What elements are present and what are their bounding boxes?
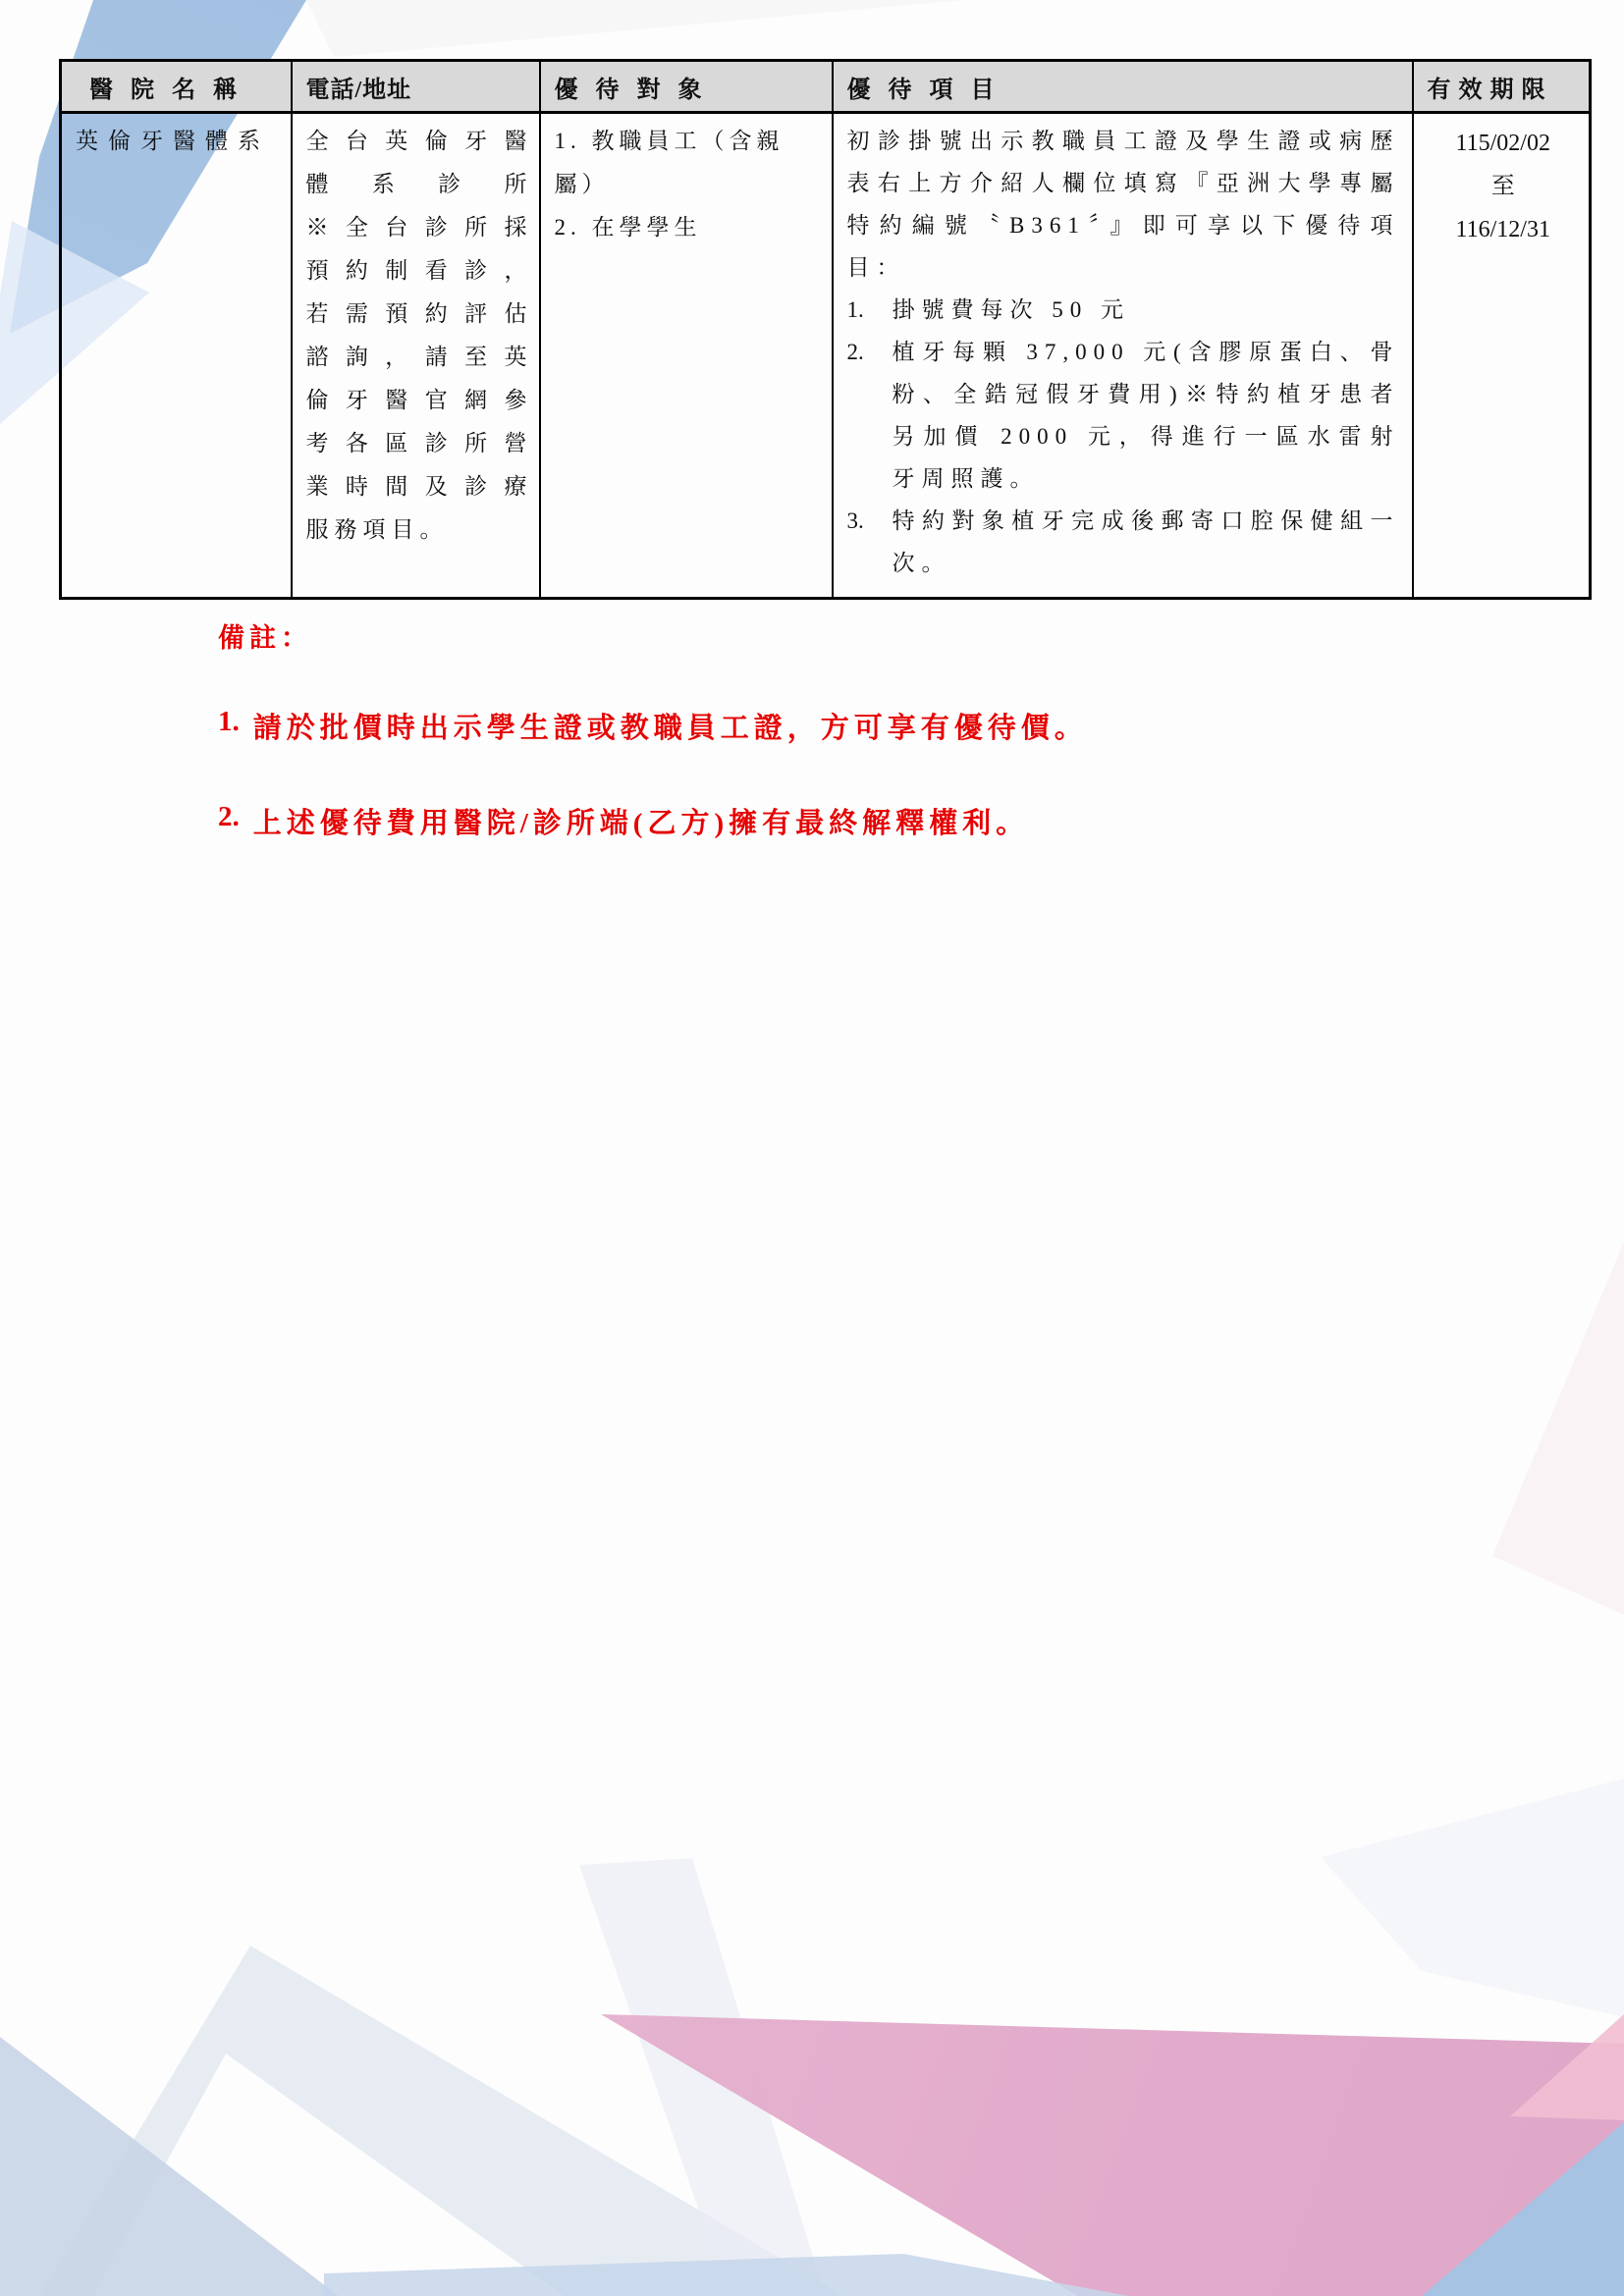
validity-line: 至	[1428, 165, 1580, 208]
cell-valid-period: 115/02/02至116/12/31	[1413, 113, 1591, 599]
remarks-list: 1. 請於批價時出示學生證或教職員工證，方可享有優待價。 2. 上述優待費用醫院…	[218, 706, 1396, 841]
target-line: 2. 在學學生	[555, 206, 822, 249]
address-line: ※全台診所採	[306, 206, 527, 249]
remarks-title: 備註：	[218, 616, 1396, 655]
remark-item: 2. 上述優待費用醫院/診所端(乙方)擁有最終解釋權利。	[218, 801, 1396, 841]
cell-eligible-targets: 1. 教職員工（含親屬）2. 在學學生	[540, 113, 833, 599]
benefit-item-text: 植牙每顆 37,000 元(含膠原蛋白、骨粉、全鋯冠假牙費用)※特約植牙患者另加…	[893, 331, 1400, 500]
address-line: 預約制看診，	[306, 249, 527, 293]
address-line: 倫牙醫官網參	[306, 379, 527, 422]
remarks-section: 備註： 1. 請於批價時出示學生證或教職員工證，方可享有優待價。 2. 上述優待…	[218, 616, 1396, 896]
address-line: 諮詢，請至英	[306, 336, 527, 379]
benefit-item-text: 特約對象植牙完成後郵寄口腔保健組一次。	[893, 500, 1400, 584]
benefit-item-text: 掛號費每次 50 元	[893, 289, 1400, 331]
validity-line: 115/02/02	[1428, 122, 1580, 165]
benefit-item: 2. 植牙每顆 37,000 元(含膠原蛋白、骨粉、全鋯冠假牙費用)※特約植牙患…	[847, 331, 1400, 500]
col-header-eligible-targets: 優待對象	[540, 61, 833, 113]
remark-item-text: 上述優待費用醫院/診所端(乙方)擁有最終解釋權利。	[253, 801, 1029, 841]
benefit-item: 3. 特約對象植牙完成後郵寄口腔保健組一次。	[847, 500, 1400, 584]
table-header-row: 醫院名稱 電話/地址 優待對象 優待項目 有效期限	[61, 61, 1591, 113]
benefits-table: 醫院名稱 電話/地址 優待對象 優待項目 有效期限 英倫牙醫體系 全台英倫牙醫體…	[59, 59, 1592, 600]
target-line: 1. 教職員工（含親屬）	[555, 120, 822, 206]
remark-item-text: 請於批價時出示學生證或教職員工證，方可享有優待價。	[253, 706, 1088, 746]
remark-item-number: 2.	[218, 801, 240, 841]
remark-item: 1. 請於批價時出示學生證或教職員工證，方可享有優待價。	[218, 706, 1396, 746]
col-header-valid-period: 有效期限	[1413, 61, 1591, 113]
benefit-item-number: 1.	[847, 289, 893, 331]
address-line: 業時間及診療	[306, 465, 527, 508]
document-page: 醫院名稱 電話/地址 優待對象 優待項目 有效期限 英倫牙醫體系 全台英倫牙醫體…	[0, 0, 1624, 2296]
address-line: 若需預約評估	[306, 293, 527, 336]
address-line: 服務項目。	[306, 508, 527, 552]
benefit-item-number: 2.	[847, 331, 893, 500]
col-header-phone-address: 電話/地址	[292, 61, 540, 113]
table-row: 英倫牙醫體系 全台英倫牙醫體系診所※全台診所採預約制看診，若需預約評估諮詢，請至…	[61, 113, 1591, 599]
benefits-list: 1. 掛號費每次 50 元 2. 植牙每顆 37,000 元(含膠原蛋白、骨粉、…	[847, 289, 1400, 584]
remark-item-number: 1.	[218, 706, 240, 746]
validity-line: 116/12/31	[1428, 208, 1580, 251]
benefits-intro: 初診掛號出示教職員工證及學生證或病歷表右上方介紹人欄位填寫『亞洲大學專屬特約編號…	[847, 120, 1400, 289]
col-header-benefit-items: 優待項目	[833, 61, 1413, 113]
benefit-item-number: 3.	[847, 500, 893, 584]
cell-hospital-name: 英倫牙醫體系	[61, 113, 292, 599]
address-line: 考各區診所營	[306, 422, 527, 465]
benefit-item: 1. 掛號費每次 50 元	[847, 289, 1400, 331]
address-line: 體系診所	[306, 163, 527, 206]
address-line: 全台英倫牙醫	[306, 120, 527, 163]
cell-benefit-items: 初診掛號出示教職員工證及學生證或病歷表右上方介紹人欄位填寫『亞洲大學專屬特約編號…	[833, 113, 1413, 599]
col-header-hospital-name: 醫院名稱	[61, 61, 292, 113]
cell-phone-address: 全台英倫牙醫體系診所※全台診所採預約制看診，若需預約評估諮詢，請至英倫牙醫官網參…	[292, 113, 540, 599]
